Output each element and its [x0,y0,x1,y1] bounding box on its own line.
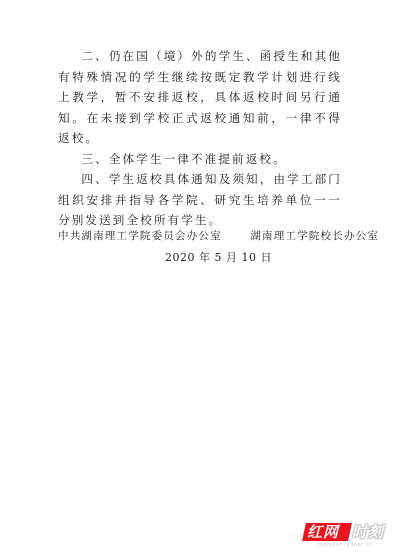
signatories: 中共湖南理工学院委员会办公室 湖南理工学院校长办公室 [58,228,348,243]
logo-domain: moment.rednet.cn [318,542,373,548]
notice-body: 二、仍在国（境）外的学生、函授生和其他有特殊情况的学生继续按既定教学计划进行线上… [58,46,342,231]
rednet-logo-icon: 红网 时刻 moment.rednet.cn [304,521,390,543]
signatory-party-office: 中共湖南理工学院委员会办公室 [58,228,222,243]
paragraph-3: 三、全体学生一律不准提前返校。 [58,149,342,170]
paragraph-2: 二、仍在国（境）外的学生、函授生和其他有特殊情况的学生继续按既定教学计划进行线上… [58,46,342,149]
document-date: 2020 年 5 月 10 日 [165,249,272,265]
signatory-president-office: 湖南理工学院校长办公室 [250,228,379,243]
logo-brand-red: 红网 [307,523,351,541]
paragraph-4: 四、学生返校具体通知及须知，由学工部门组织安排并指导各学院、研究生培养单位一一分… [58,169,342,231]
document-page: 二、仍在国（境）外的学生、函授生和其他有特殊情况的学生继续按既定教学计划进行线上… [0,0,400,558]
logo-brand-gray: 时刻 [352,523,384,541]
